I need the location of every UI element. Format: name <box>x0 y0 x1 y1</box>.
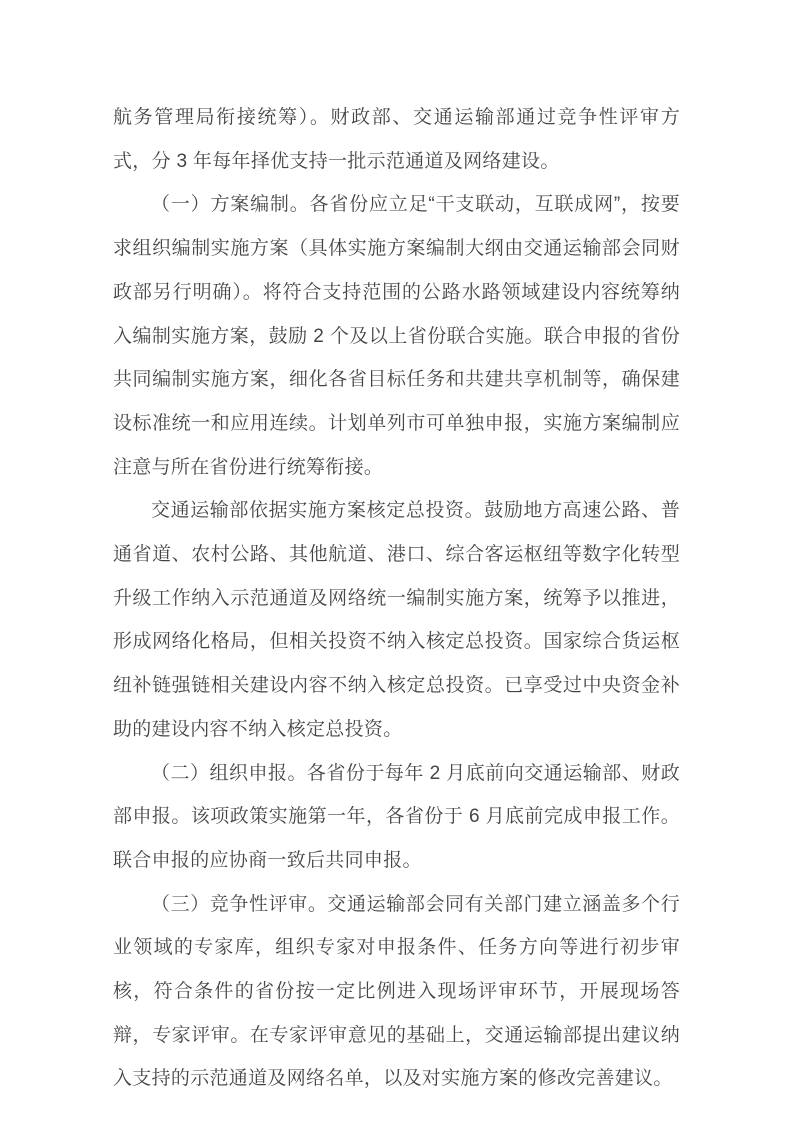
paragraph-section-2-application: （二）组织申报。各省份于每年 2 月底前向交通运输部、财政部申报。该项政策实施第… <box>113 752 680 883</box>
paragraph-total-investment: 交通运输部依据实施方案核定总投资。鼓励地方高速公路、普通省道、农村公路、其他航道… <box>113 489 680 751</box>
paragraph-section-3-competitive-review: （三）竞争性评审。交通运输部会同有关部门建立涵盖多个行业领域的专家库，组织专家对… <box>113 883 680 1102</box>
paragraph-continuation: 航务管理局衔接统筹）。财政部、交通运输部通过竞争性评审方式，分 3 年每年择优支… <box>113 96 680 183</box>
document-page: 航务管理局衔接统筹）。财政部、交通运输部通过竞争性评审方式，分 3 年每年择优支… <box>0 0 793 1122</box>
paragraph-section-1-plan-preparation: （一）方案编制。各省份应立足“干支联动，互联成网”，按要求组织编制实施方案（具体… <box>113 183 680 489</box>
